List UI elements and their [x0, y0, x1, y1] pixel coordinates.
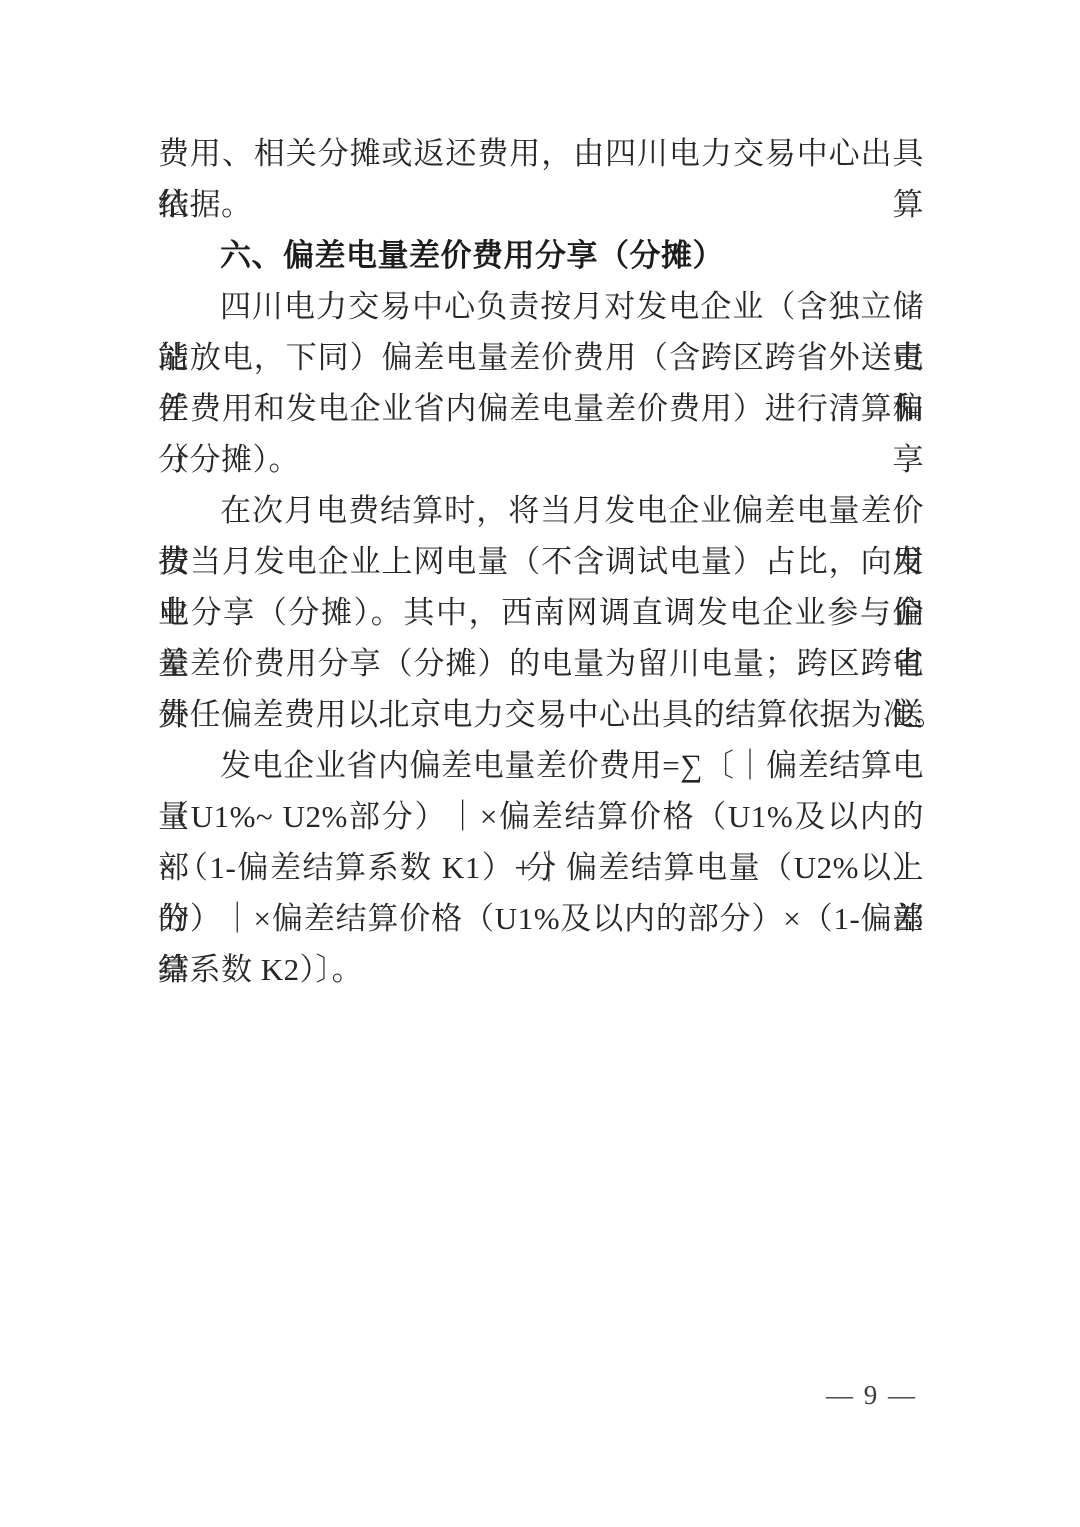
page-number: — 9 — — [826, 1378, 917, 1412]
text-line: 按当月发电企业上网电量（不含调试电量）占比，向发电企 — [158, 536, 924, 587]
formula-line: 发电企业省内偏差电量差价费用=∑〔｜偏差结算电量 — [158, 740, 924, 791]
formula-line: 分）｜×偏差结算价格（U1%及以内的部分）×（1-偏差结 — [158, 893, 924, 944]
formula-line: （U1%~ U2%部分）｜×偏差结算价格（U1%及以内的部分） — [158, 791, 924, 842]
text-line: 业分享（分摊）。其中，西南网调直调发电企业参与偏差电 — [158, 587, 924, 638]
text-line: 费用、相关分摊或返还费用，由四川电力交易中心出具结算 — [158, 128, 924, 179]
text-line: 四川电力交易中心负责按月对发电企业（含独立储能电 — [158, 281, 924, 332]
document-page: 费用、相关分摊或返还费用，由四川电力交易中心出具结算 依据。 六、偏差电量差价费… — [0, 0, 1080, 1527]
formula-line: 算系数 K2）〕。 — [158, 944, 924, 995]
section-heading: 六、偏差电量差价费用分享（分摊） — [158, 230, 924, 281]
text-line: 责任偏差费用以北京电力交易中心出具的结算依据为准。 — [158, 689, 924, 740]
document-body: 费用、相关分摊或返还费用，由四川电力交易中心出具结算 依据。 六、偏差电量差价费… — [158, 128, 924, 995]
text-line: 站放电，下同）偏差电量差价费用（含跨区跨省外送责任偏 — [158, 332, 924, 383]
text-line: 量差价费用分享（分摊）的电量为留川电量；跨区跨省外送 — [158, 638, 924, 689]
text-line: 差费用和发电企业省内偏差电量差价费用）进行清算和分享 — [158, 383, 924, 434]
text-line: 在次月电费结算时，将当月发电企业偏差电量差价费用 — [158, 485, 924, 536]
formula-line: ×（1-偏差结算系数 K1）+｜偏差结算电量（U2%以上的部 — [158, 842, 924, 893]
